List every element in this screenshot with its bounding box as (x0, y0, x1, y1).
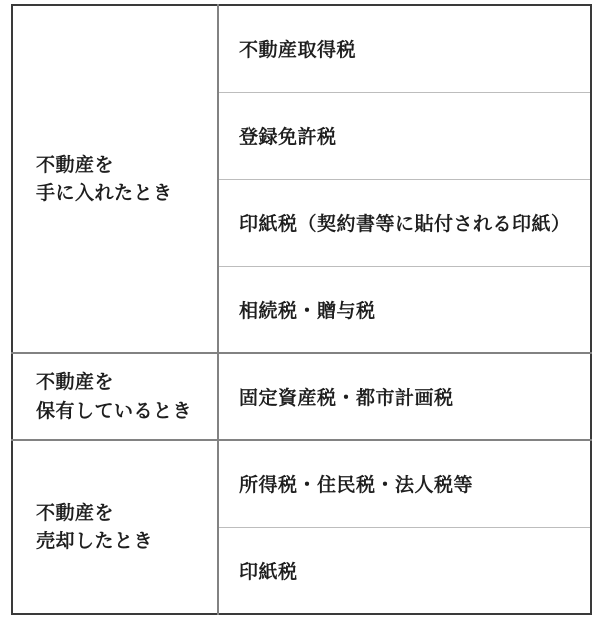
tax-table: 不動産を 手に入れたとき 不動産取得税 登録免許税 印紙税（契約書等に貼付される… (11, 4, 592, 615)
category-cell-sold: 不動産を 売却したとき (12, 440, 218, 614)
category-cell-acquired: 不動産を 手に入れたとき (12, 5, 218, 353)
table-row: 不動産を 売却したとき 所得税・住民税・法人税等 (12, 440, 591, 527)
tax-cell: 印紙税（契約書等に貼付される印紙） (218, 179, 591, 266)
tax-cell: 相続税・贈与税 (218, 266, 591, 353)
tax-cell: 所得税・住民税・法人税等 (218, 440, 591, 527)
tax-cell: 登録免許税 (218, 92, 591, 179)
tax-cell: 不動産取得税 (218, 5, 591, 92)
table-row: 不動産を 手に入れたとき 不動産取得税 (12, 5, 591, 92)
tax-cell: 固定資産税・都市計画税 (218, 353, 591, 440)
table-row: 不動産を 保有しているとき 固定資産税・都市計画税 (12, 353, 591, 440)
tax-cell: 印紙税 (218, 527, 591, 614)
category-cell-owning: 不動産を 保有しているとき (12, 353, 218, 440)
